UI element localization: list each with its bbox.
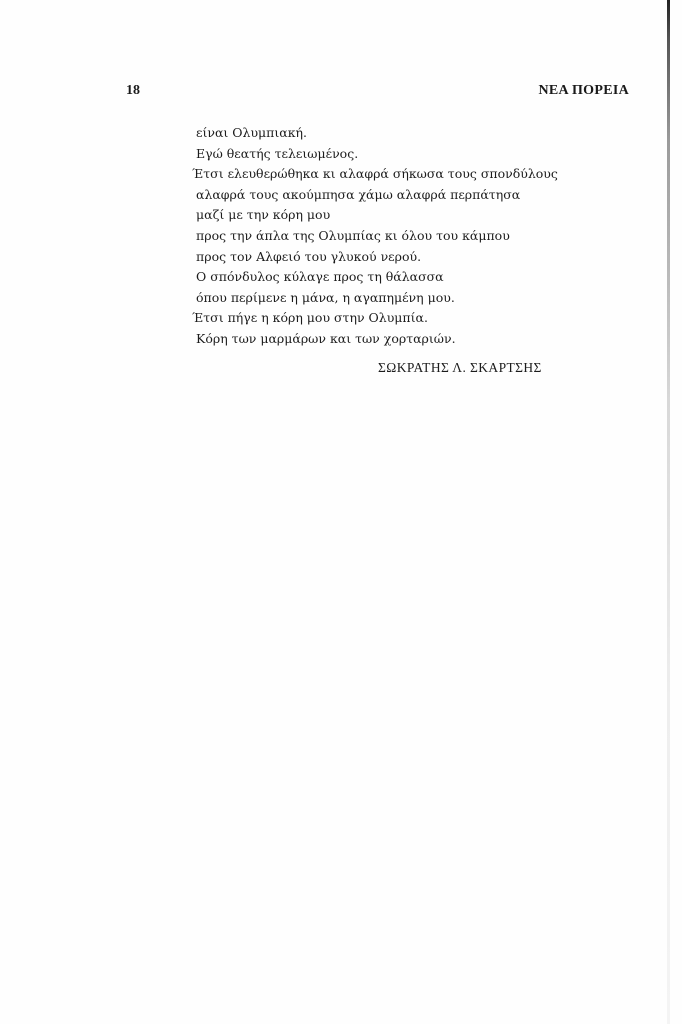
poem-line: όπου περίμενε η μάνα, η αγαπημένη μου. bbox=[196, 288, 616, 309]
poem-line: είναι Ολυμπιακή. bbox=[196, 123, 616, 144]
page-edge-shadow bbox=[667, 0, 670, 1024]
document-page: 18 ΝΕΑ ΠΟΡΕΙΑ είναι Ολυμπιακή. Εγώ θεατή… bbox=[0, 0, 682, 1024]
poem-text: είναι Ολυμπιακή. Εγώ θεατής τελειωμένος.… bbox=[196, 123, 616, 350]
poem-line: προς την άπλα της Ολυμπίας κι όλου του κ… bbox=[196, 226, 616, 247]
poem-line: Κόρη των μαρμάρων και των χορταριών. bbox=[196, 329, 616, 350]
poem-line: προς τον Αλφειό του γλυκού νερού. bbox=[196, 247, 616, 268]
page-header: 18 ΝΕΑ ΠΟΡΕΙΑ bbox=[126, 83, 629, 101]
poem-line: Έτσι ελευθερώθηκα κι αλαφρά σήκωσα τους … bbox=[192, 164, 616, 185]
poem-line: Ο σπόνδυλος κύλαγε προς τη θάλασσα bbox=[196, 267, 616, 288]
poem-line: Έτσι πήγε η κόρη μου στην Ολυμπία. bbox=[192, 308, 616, 329]
running-title: ΝΕΑ ΠΟΡΕΙΑ bbox=[538, 83, 629, 99]
poem-line: μαζί με την κόρη μου bbox=[196, 205, 616, 226]
page-number: 18 bbox=[126, 83, 140, 99]
poem-line: Εγώ θεατής τελειωμένος. bbox=[196, 144, 616, 165]
poem-line: αλαφρά τους ακούμπησα χάμω αλαφρά περπάτ… bbox=[196, 185, 616, 206]
author-signature: ΣΩΚΡΑΤΗΣ Λ. ΣΚΑΡΤΣΗΣ bbox=[378, 360, 542, 376]
